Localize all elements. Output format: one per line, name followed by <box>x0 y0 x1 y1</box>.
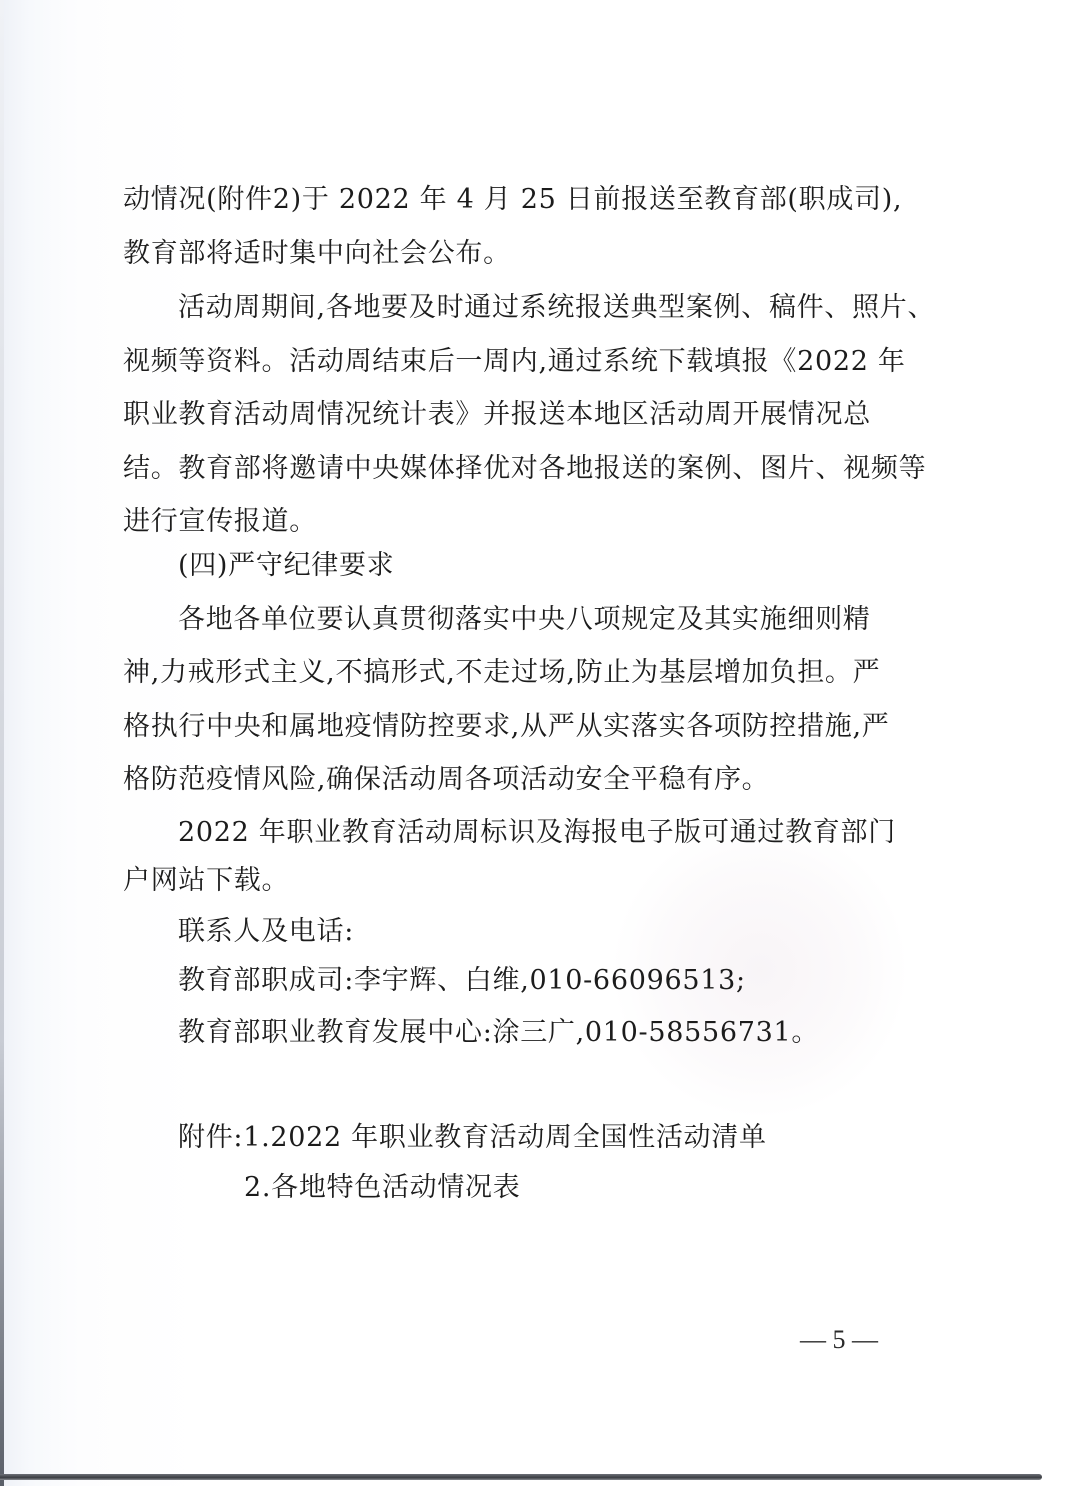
scan-bottom-edge <box>0 1474 1042 1480</box>
body-line: 格执行中央和属地疫情防控要求,从严从实落实各项防控措施,严 <box>123 710 899 744</box>
contact-line: 教育部职成司:李宇辉、白维,010-66096513; <box>178 964 899 998</box>
attachment-item: 附件:1.2022 年职业教育活动周全国性活动清单 <box>178 1121 899 1155</box>
body-line: 职业教育活动周情况统计表》并报送本地区活动周开展情况总 <box>123 398 899 432</box>
body-line: 视频等资料。活动周结束后一周内,通过系统下载填报《2022 年 <box>123 345 899 379</box>
contacts-heading: 联系人及电话: <box>178 915 899 949</box>
attachment-item: 2.各地特色活动情况表 <box>244 1171 520 1205</box>
body-line: 结。教育部将邀请中央媒体择优对各地报送的案例、图片、视频等 <box>123 452 899 486</box>
page-number: — 5 — <box>800 1324 878 1356</box>
body-line: 活动周期间,各地要及时通过系统报送典型案例、稿件、照片、 <box>178 291 899 325</box>
body-line: 动情况(附件2)于 2022 年 4 月 25 日前报送至教育部(职成司), <box>123 183 899 217</box>
body-line: 户网站下载。 <box>123 864 899 898</box>
scan-left-edge <box>0 0 4 1486</box>
contact-line: 教育部职业教育发展中心:涂三广,010-58556731。 <box>178 1016 899 1050</box>
body-line: 神,力戒形式主义,不搞形式,不走过场,防止为基层增加负担。严 <box>123 656 899 690</box>
body-line: 格防范疫情风险,确保活动周各项活动安全平稳有序。 <box>123 763 899 797</box>
body-line: 教育部将适时集中向社会公布。 <box>123 237 899 271</box>
document-page: 动情况(附件2)于 2022 年 4 月 25 日前报送至教育部(职成司), 教… <box>0 0 1080 1486</box>
body-line: 进行宣传报道。 <box>123 505 899 539</box>
body-line: 2022 年职业教育活动周标识及海报电子版可通过教育部门 <box>178 816 899 850</box>
body-line: 各地各单位要认真贯彻落实中央八项规定及其实施细则精 <box>178 603 899 637</box>
section-heading: (四)严守纪律要求 <box>178 549 394 583</box>
